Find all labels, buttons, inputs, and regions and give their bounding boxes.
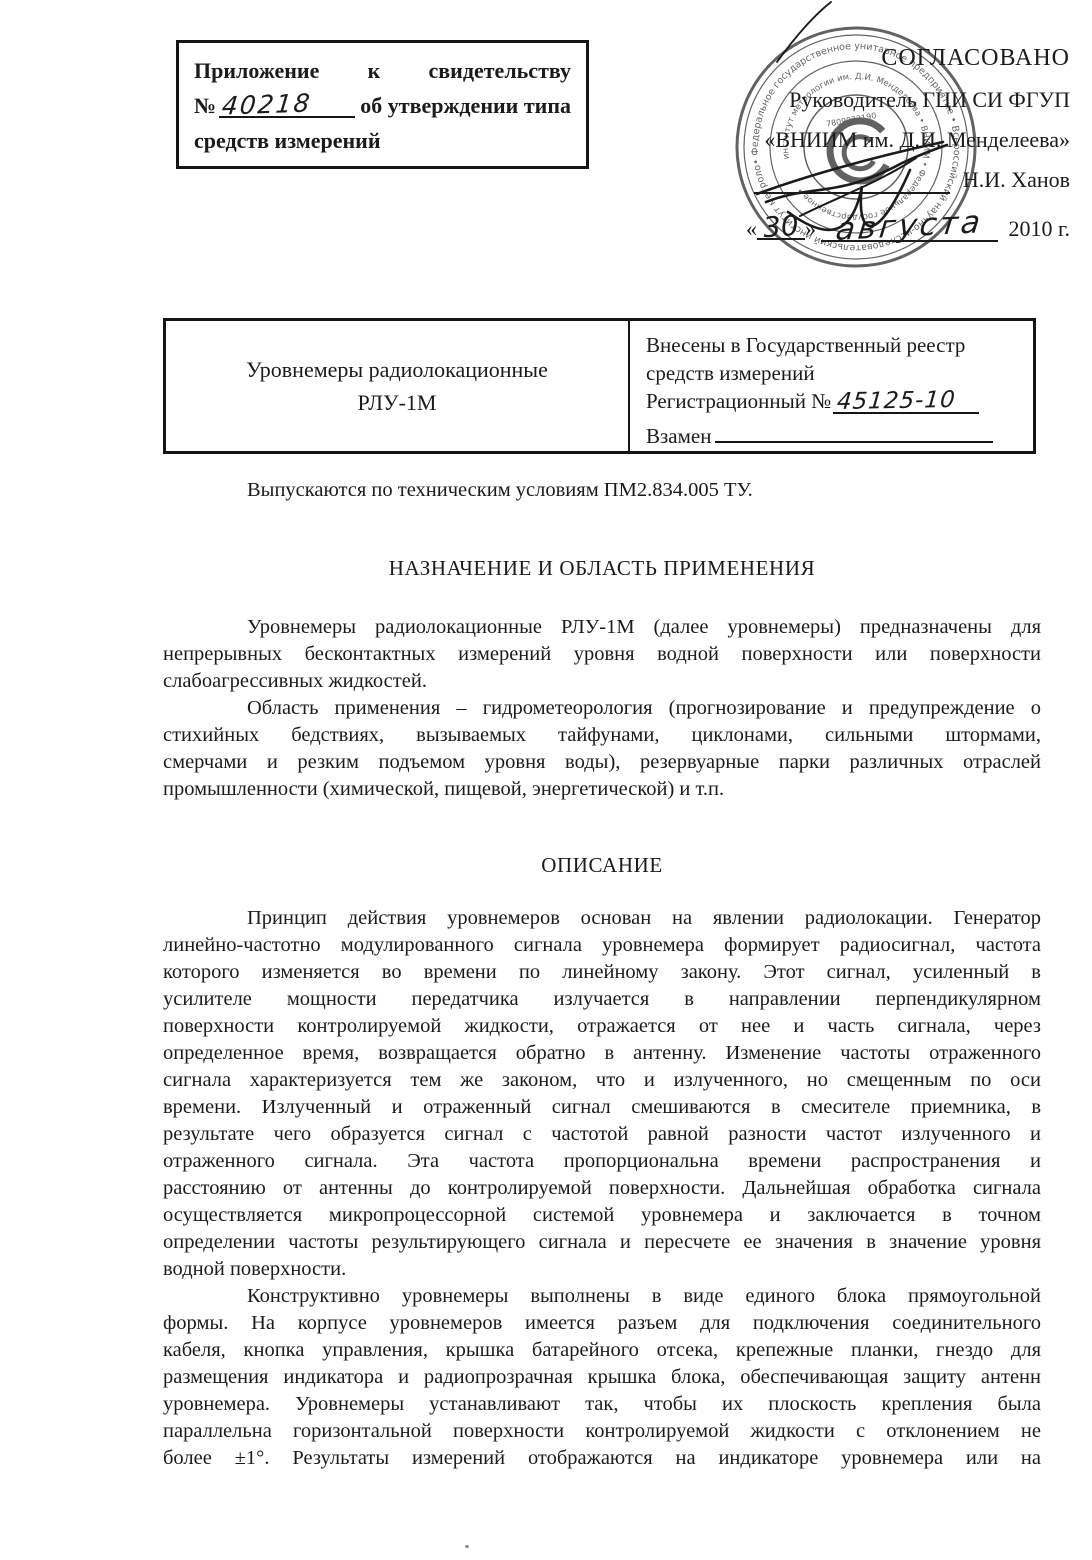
date-day-handwritten: 30 [762, 209, 800, 244]
replaces-label: Взамен [646, 422, 711, 450]
purpose-paragraphs: Уровнемеры радиолокационные РЛУ-1М (дале… [163, 614, 1041, 803]
body-text-line: расстоянию от антенны до контролируемой … [163, 1175, 1041, 1202]
approval-box-line3: средств измерений [194, 123, 571, 158]
body-text-line: результате чего образуется сигнал с част… [163, 1121, 1041, 1148]
body-text-line: формы. На корпусе уровнемеров имеется ра… [163, 1310, 1041, 1337]
body-text-line: более ±1°. Результаты измерений отобража… [163, 1445, 1041, 1472]
quote-open: « [746, 216, 757, 242]
body-text-line: усилителе мощности передатчика излучаетс… [163, 986, 1041, 1013]
body-text-line: промышленности (химической, пищевой, эне… [163, 776, 1041, 803]
device-name-line2: РЛУ-1М [358, 386, 437, 419]
body-text-line: размещения индикатора и радиопрозрачная … [163, 1364, 1041, 1391]
date-day-blank: 30 [757, 210, 805, 240]
registry-info-cell: Внесены в Государственный реестр средств… [630, 321, 1033, 451]
device-name-line1: Уровнемеры радиолокационные [246, 353, 548, 386]
signature-row: Н.И. Ханов [690, 167, 1070, 197]
document-page: Приложение к свидетельству № 40218 об ут… [0, 0, 1092, 1560]
date-row: « 30 » августа 2010 г. [690, 208, 1070, 242]
signatory-name: Н.И. Ханов [963, 167, 1070, 192]
number-sign: № [194, 88, 216, 123]
agreed-title: СОГЛАСОВАНО [690, 44, 1070, 72]
section-heading-purpose: НАЗНАЧЕНИЕ И ОБЛАСТЬ ПРИМЕНЕНИЯ [163, 555, 1041, 582]
body-text-line: определенное время, возвращается обратно… [163, 1040, 1041, 1067]
registration-label: Регистрационный № [646, 387, 831, 415]
date-month-handwritten: августа [834, 204, 985, 248]
registration-number-row: Регистрационный № 45125-10 [646, 387, 1019, 417]
body-text-line: Принцип действия уровнемеров основан на … [163, 905, 1041, 932]
body-text-line: времени. Излученный и отраженный сигнал … [163, 1094, 1041, 1121]
replaces-blank [715, 417, 993, 443]
registration-number-blank: 45125-10 [833, 387, 979, 414]
date-month-blank: августа [821, 208, 998, 242]
agreed-position: Руководитель ГЦИ СИ ФГУП [690, 87, 1070, 113]
body-text-line: кабеля, кнопка управления, крышка батаре… [163, 1337, 1041, 1364]
scan-speck [465, 1545, 469, 1548]
agreed-block: СОГЛАСОВАНО Руководитель ГЦИ СИ ФГУП «ВН… [690, 44, 1070, 242]
date-year: 2010 г. [1008, 216, 1070, 242]
certificate-number-blank: 40218 [219, 88, 355, 118]
quote-close: » [805, 216, 816, 242]
body-text-line: определении частоты результирующего сигн… [163, 1229, 1041, 1256]
body-text-line: непрерывных бесконтактных измерений уров… [163, 641, 1041, 668]
registration-number-handwritten: 45125-10 [836, 386, 957, 416]
approval-box-line1: Приложение к свидетельству [194, 53, 571, 88]
registry-line2: средств измерений [646, 359, 1019, 387]
registry-table: Уровнемеры радиолокационные РЛУ-1М Внесе… [163, 318, 1036, 454]
section-heading-description: ОПИСАНИЕ [163, 852, 1041, 879]
body-text-line: уровнемера. Уровнемеры устанавливают так… [163, 1391, 1041, 1418]
approval-box-line2: № 40218 об утверждении типа [194, 88, 571, 123]
body-text-line: водной поверхности. [163, 1256, 1041, 1283]
registry-line1: Внесены в Государственный реестр [646, 331, 1019, 359]
body-text-line: сигнала характеризуется тем же законом, … [163, 1067, 1041, 1094]
body-text-line: поверхности контролируемой жидкости, отр… [163, 1013, 1041, 1040]
description-paragraphs: Принцип действия уровнемеров основан на … [163, 905, 1041, 1472]
replaces-row: Взамен [646, 417, 1019, 450]
device-name-cell: Уровнемеры радиолокационные РЛУ-1М [166, 321, 630, 451]
approval-box-line2-text: об утверждении типа [360, 88, 571, 123]
body-text-line: параллельна горизонтальной поверхности к… [163, 1418, 1041, 1445]
body-text-line: Уровнемеры радиолокационные РЛУ-1М (дале… [163, 614, 1041, 641]
signature-line [754, 192, 950, 194]
certificate-number-handwritten: 40218 [221, 90, 313, 118]
body-text-line: осуществляется микропроцессорной системо… [163, 1202, 1041, 1229]
body-text-line: линейно-частотно модулированного сигнала… [163, 932, 1041, 959]
document-body: Выпускаются по техническим условиям ПМ2.… [163, 477, 1041, 1472]
body-text-line: смерчами и резким подъемом уровня воды),… [163, 749, 1041, 776]
body-text-line: отраженного сигнала. Эта частота пропорц… [163, 1148, 1041, 1175]
agreed-organization: «ВНИИМ им. Д.И. Менделеева» [690, 127, 1070, 153]
approval-box: Приложение к свидетельству № 40218 об ут… [176, 40, 589, 169]
body-text-line: слабоагрессивных жидкостей. [163, 668, 1041, 695]
body-text-line: Конструктивно уровнемеры выполнены в вид… [163, 1283, 1041, 1310]
body-text-line: стихийных бедствиях, вызываемых тайфунам… [163, 722, 1041, 749]
body-text-line: которого изменяется во времени по линейн… [163, 959, 1041, 986]
technical-conditions-line: Выпускаются по техническим условиям ПМ2.… [163, 477, 1041, 504]
body-text-line: Область применения – гидрометеорология (… [163, 695, 1041, 722]
